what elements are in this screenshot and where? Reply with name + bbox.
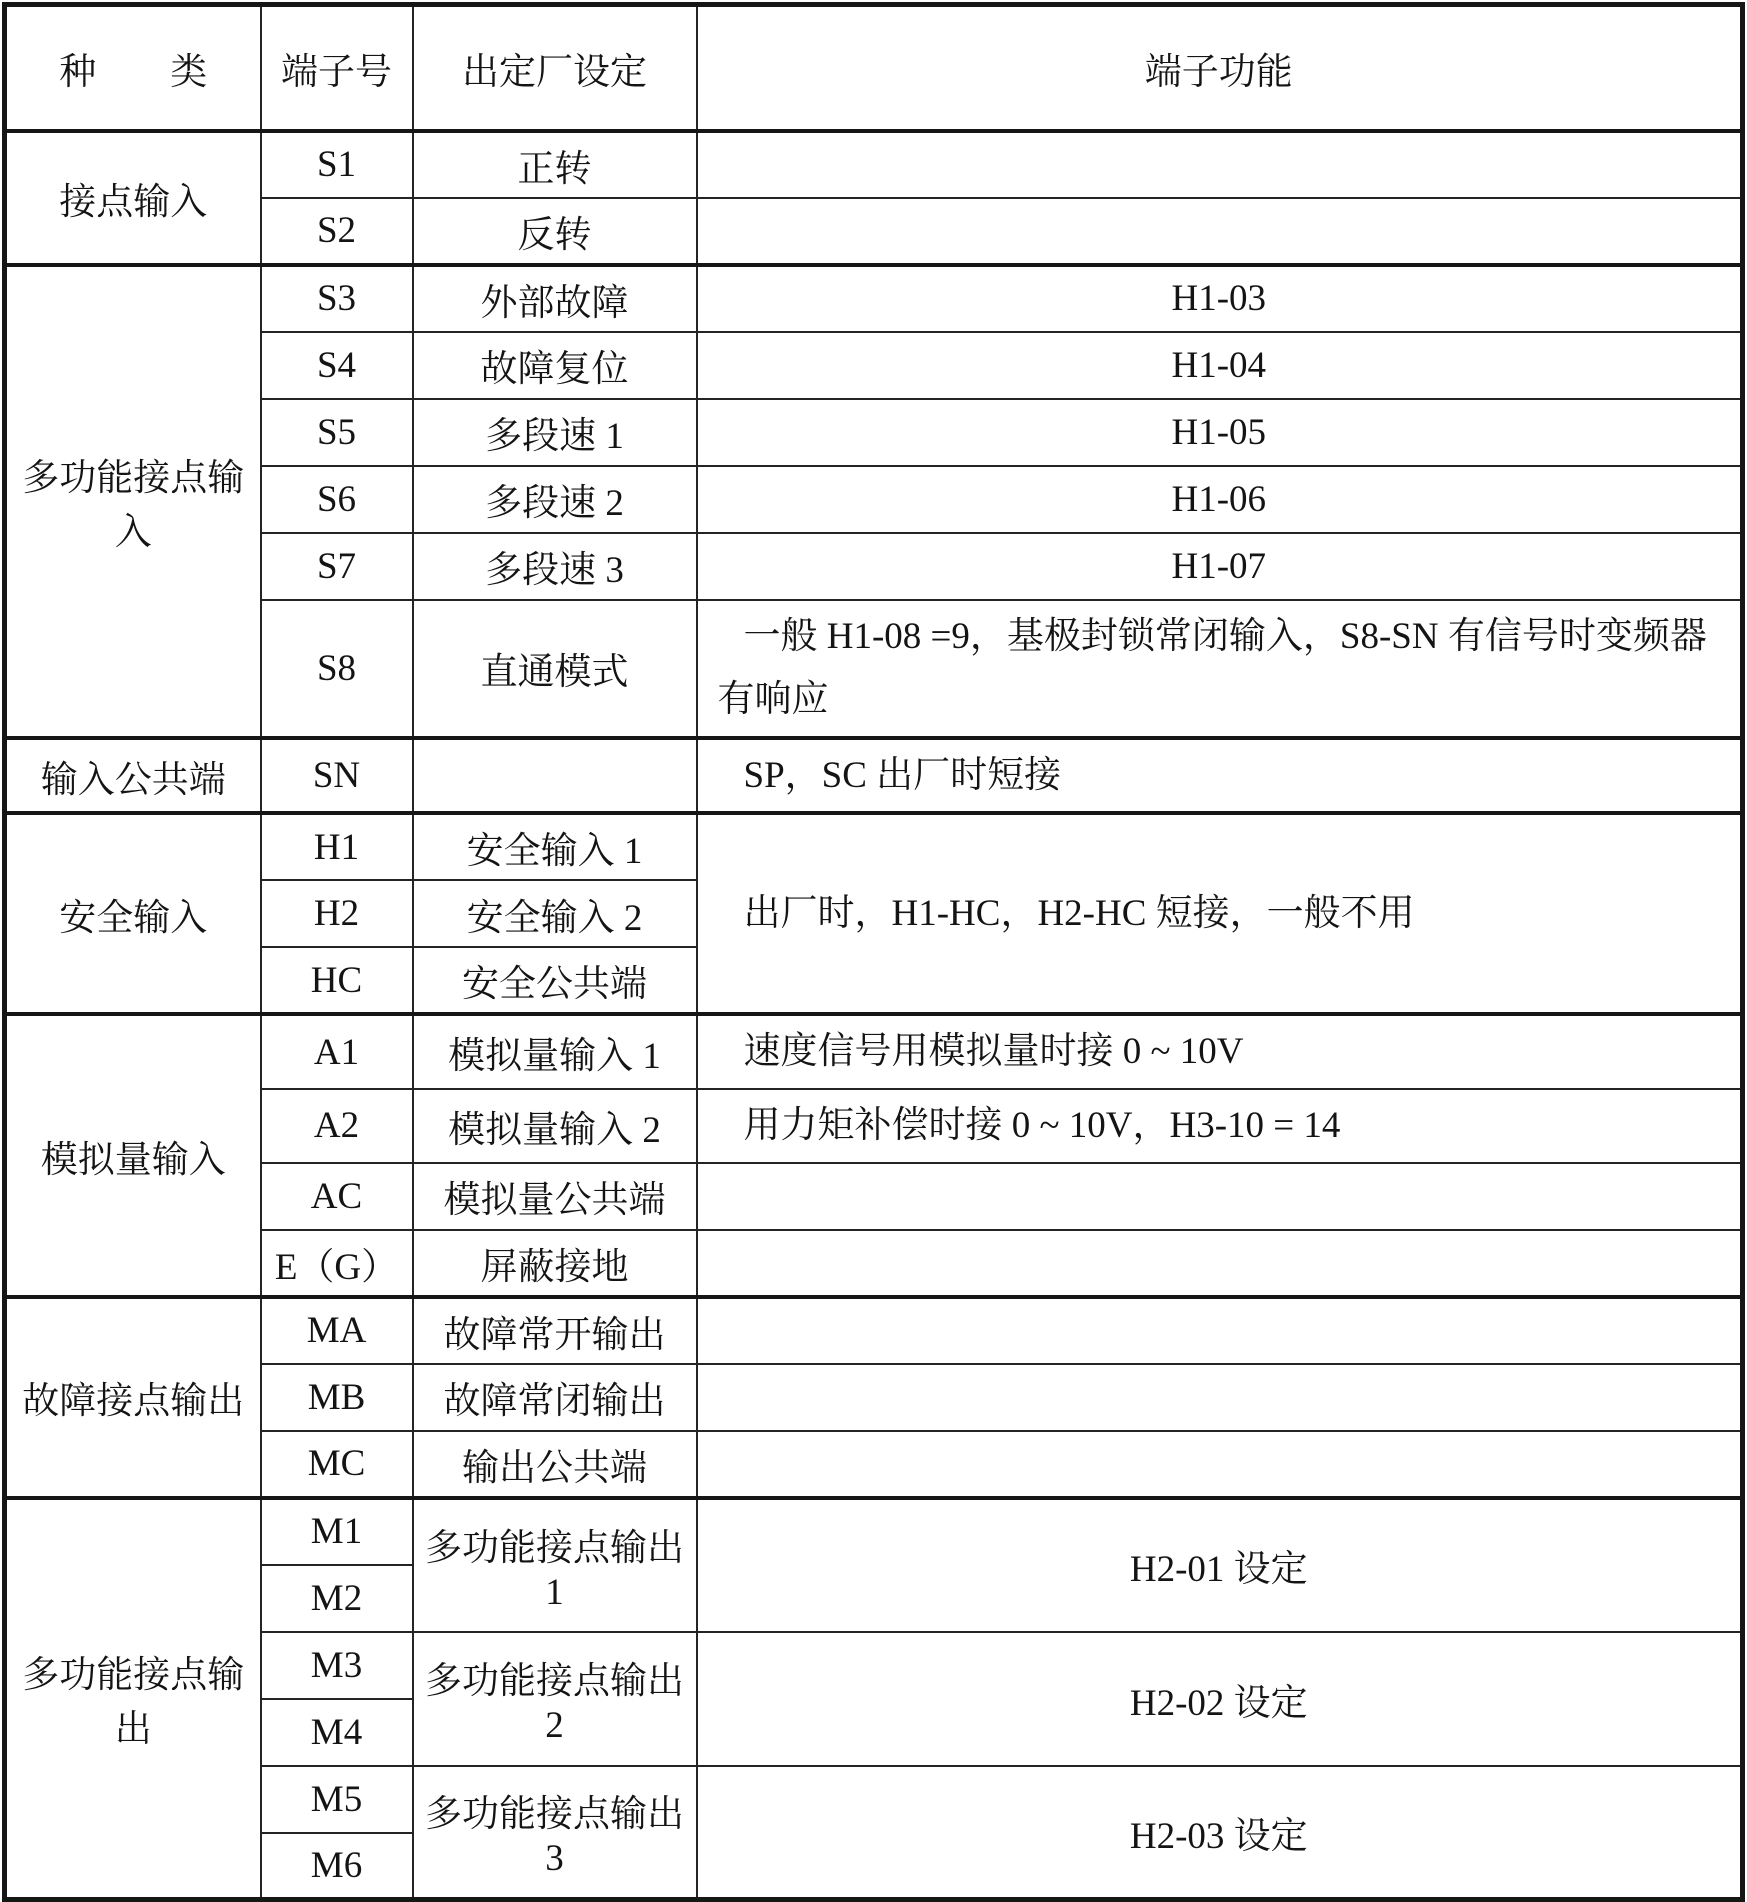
cell-factory-setting: 模拟量公共端 — [413, 1163, 697, 1230]
table-row: A2 模拟量输入 2 用力矩补偿时接 0 ~ 10V，H3-10 = 14 — [5, 1089, 1743, 1163]
cell-category: 故障接点输出 — [5, 1297, 261, 1498]
header-factory-setting: 出定厂设定 — [413, 5, 697, 131]
table-row: 安全输入 H1 安全输入 1 出厂时，H1-HC，H2-HC 短接，一般不用 — [5, 813, 1743, 880]
cell-terminal: M5 — [261, 1766, 413, 1833]
cell-terminal: MC — [261, 1431, 413, 1498]
table-row: MB 故障常闭输出 — [5, 1364, 1743, 1431]
table-row: S4 故障复位 H1-04 — [5, 332, 1743, 399]
cell-terminal: MB — [261, 1364, 413, 1431]
table-row: 多功能接点输入 S3 外部故障 H1-03 — [5, 265, 1743, 332]
table-row: 多功能接点输出 M1 多功能接点输出 1 H2-01 设定 — [5, 1498, 1743, 1565]
cell-terminal: S1 — [261, 131, 413, 198]
cell-category: 多功能接点输入 — [5, 265, 261, 738]
cell-function: 出厂时，H1-HC，H2-HC 短接，一般不用 — [697, 813, 1743, 1014]
table-row: MC 输出公共端 — [5, 1431, 1743, 1498]
cell-terminal: M4 — [261, 1699, 413, 1766]
cell-function: H1-07 — [697, 533, 1743, 600]
table-row: S7 多段速 3 H1-07 — [5, 533, 1743, 600]
cell-terminal: MA — [261, 1297, 413, 1364]
table-row: S6 多段速 2 H1-06 — [5, 466, 1743, 533]
cell-function-empty — [697, 1364, 1743, 1431]
cell-factory-setting: 输出公共端 — [413, 1431, 697, 1498]
cell-factory-setting: 安全公共端 — [413, 947, 697, 1014]
table-row: 故障接点输出 MA 故障常开输出 — [5, 1297, 1743, 1364]
cell-terminal: SN — [261, 738, 413, 814]
cell-function: 用力矩补偿时接 0 ~ 10V，H3-10 = 14 — [697, 1089, 1743, 1163]
table-row: 输入公共端 SN SP，SC 出厂时短接 — [5, 738, 1743, 814]
table-row: AC 模拟量公共端 — [5, 1163, 1743, 1230]
table-row: M5 多功能接点输出 3 H2-03 设定 — [5, 1766, 1743, 1833]
cell-terminal: E（G） — [261, 1230, 413, 1297]
cell-function: H2-01 设定 — [697, 1498, 1743, 1632]
cell-factory-setting: 故障复位 — [413, 332, 697, 399]
cell-function: H1-05 — [697, 399, 1743, 466]
cell-factory-setting: 多段速 1 — [413, 399, 697, 466]
cell-category: 模拟量输入 — [5, 1014, 261, 1296]
cell-factory-setting: 正转 — [413, 131, 697, 198]
cell-category: 多功能接点输出 — [5, 1498, 261, 1900]
table-row: S5 多段速 1 H1-05 — [5, 399, 1743, 466]
table-row: M3 多功能接点输出 2 H2-02 设定 — [5, 1632, 1743, 1699]
cell-terminal: A1 — [261, 1014, 413, 1089]
cell-factory-setting: 多功能接点输出 3 — [413, 1766, 697, 1900]
cell-terminal: M6 — [261, 1833, 413, 1900]
cell-category: 接点输入 — [5, 131, 261, 265]
cell-terminal: S4 — [261, 332, 413, 399]
cell-factory-setting: 多功能接点输出 2 — [413, 1632, 697, 1766]
cell-factory-setting: 安全输入 1 — [413, 813, 697, 880]
header-terminal: 端子号 — [261, 5, 413, 131]
cell-terminal: H2 — [261, 880, 413, 947]
cell-terminal: A2 — [261, 1089, 413, 1163]
cell-function: H1-06 — [697, 466, 1743, 533]
cell-category: 输入公共端 — [5, 738, 261, 814]
cell-function-empty — [697, 1297, 1743, 1364]
cell-factory-setting: 模拟量输入 1 — [413, 1014, 697, 1089]
header-category: 种 类 — [5, 5, 261, 131]
cell-category: 安全输入 — [5, 813, 261, 1014]
cell-function-empty — [697, 1230, 1743, 1297]
cell-terminal: S5 — [261, 399, 413, 466]
cell-function: 速度信号用模拟量时接 0 ~ 10V — [697, 1014, 1743, 1089]
cell-factory-setting: 反转 — [413, 198, 697, 265]
cell-function-empty — [697, 198, 1743, 265]
table-row: S8 直通模式 一般 H1-08 =9，基极封锁常闭输入，S8-SN 有信号时变… — [5, 600, 1743, 738]
cell-factory-setting: 故障常闭输出 — [413, 1364, 697, 1431]
cell-terminal: M3 — [261, 1632, 413, 1699]
cell-factory-setting: 多功能接点输出 1 — [413, 1498, 697, 1632]
cell-factory-setting: 屏蔽接地 — [413, 1230, 697, 1297]
cell-terminal: AC — [261, 1163, 413, 1230]
cell-function: H1-04 — [697, 332, 1743, 399]
table-row: S2 反转 — [5, 198, 1743, 265]
cell-factory-setting: 外部故障 — [413, 265, 697, 332]
table-row: 接点输入 S1 正转 — [5, 131, 1743, 198]
header-row: 种 类 端子号 出定厂设定 端子功能 — [5, 5, 1743, 131]
cell-factory-setting: 直通模式 — [413, 600, 697, 738]
cell-terminal: M1 — [261, 1498, 413, 1565]
cell-function: SP，SC 出厂时短接 — [697, 738, 1743, 814]
cell-terminal: S2 — [261, 198, 413, 265]
cell-terminal: S7 — [261, 533, 413, 600]
cell-terminal: S3 — [261, 265, 413, 332]
cell-factory-setting: 模拟量输入 2 — [413, 1089, 697, 1163]
cell-function: H1-03 — [697, 265, 1743, 332]
cell-terminal: S6 — [261, 466, 413, 533]
cell-terminal: HC — [261, 947, 413, 1014]
cell-function-empty — [697, 131, 1743, 198]
cell-function: H2-03 设定 — [697, 1766, 1743, 1900]
cell-terminal: M2 — [261, 1565, 413, 1632]
cell-function-empty — [697, 1431, 1743, 1498]
cell-terminal: S8 — [261, 600, 413, 738]
cell-factory-setting: 安全输入 2 — [413, 880, 697, 947]
cell-factory-setting-empty — [413, 738, 697, 814]
cell-terminal: H1 — [261, 813, 413, 880]
scanned-table-page: 种 类 端子号 出定厂设定 端子功能 接点输入 S1 正转 S2 反转 多功能接… — [0, 0, 1747, 1860]
cell-factory-setting: 故障常开输出 — [413, 1297, 697, 1364]
header-function: 端子功能 — [697, 5, 1743, 131]
cell-factory-setting: 多段速 2 — [413, 466, 697, 533]
cell-function: H2-02 设定 — [697, 1632, 1743, 1766]
cell-function-empty — [697, 1163, 1743, 1230]
table-row: E（G） 屏蔽接地 — [5, 1230, 1743, 1297]
cell-factory-setting: 多段速 3 — [413, 533, 697, 600]
terminal-function-table: 种 类 端子号 出定厂设定 端子功能 接点输入 S1 正转 S2 反转 多功能接… — [2, 2, 1745, 1902]
table-row: 模拟量输入 A1 模拟量输入 1 速度信号用模拟量时接 0 ~ 10V — [5, 1014, 1743, 1089]
cell-function: 一般 H1-08 =9，基极封锁常闭输入，S8-SN 有信号时变频器有响应 — [697, 600, 1743, 738]
